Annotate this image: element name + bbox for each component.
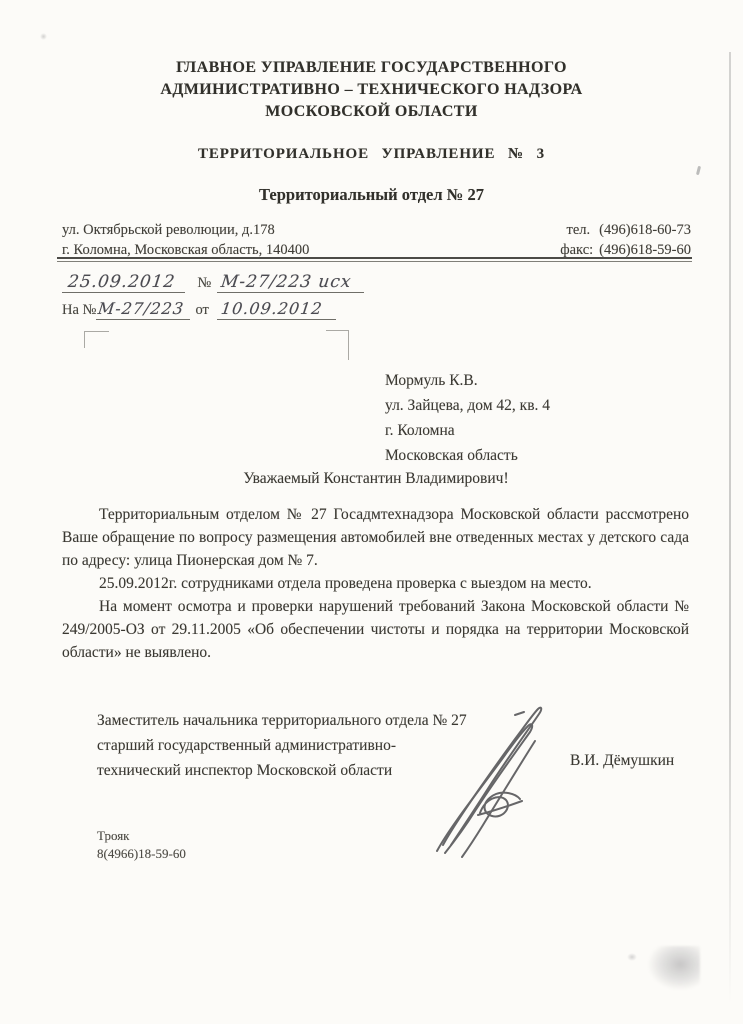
scan-speck-top-left bbox=[40, 33, 47, 40]
recipient-block: Мормуль К.В. ул. Зайцева, дом 42, кв. 4 … bbox=[385, 368, 550, 468]
outgoing-date-field: 25.09.2012 bbox=[62, 272, 185, 293]
recipient-name: Мормуль К.В. bbox=[385, 368, 550, 393]
letter-body: Территориальным отделом № 27 Госадмтехна… bbox=[62, 503, 689, 664]
sender-address-line1: ул. Октябрьской революции, д.178 bbox=[62, 221, 309, 241]
body-paragraph-2: 25.09.2012г. сотрудниками отдела проведе… bbox=[62, 572, 689, 595]
recipient-street: ул. Зайцева, дом 42, кв. 4 bbox=[385, 393, 550, 418]
signer-title-line1: Заместитель начальника территориального … bbox=[97, 708, 467, 733]
signer-title-line3: технический инспектор Московской области bbox=[97, 758, 467, 783]
org-name: ГЛАВНОЕ УПРАВЛЕНИЕ ГОСУДАРСТВЕННОГО АДМИ… bbox=[0, 57, 743, 123]
address-window-corner-right bbox=[326, 330, 349, 360]
scan-smudge bbox=[648, 946, 700, 990]
org-name-line1: ГЛАВНОЕ УПРАВЛЕНИЕ ГОСУДАРСТВЕННОГО bbox=[0, 57, 743, 79]
scan-smudge-dot bbox=[627, 953, 637, 961]
incoming-number-field: М-27/223 bbox=[96, 299, 190, 320]
number-sign-label: № bbox=[197, 275, 211, 292]
org-name-line2: АДМИНИСТРАТИВНО – ТЕХНИЧЕСКОГО НАДЗОРА bbox=[0, 79, 743, 101]
incoming-number-handwritten: М-27/223 bbox=[97, 299, 185, 318]
address-window-corner-left bbox=[84, 331, 109, 348]
handwritten-signature bbox=[423, 693, 573, 858]
scan-edge-line bbox=[729, 52, 731, 1004]
phone-number: (496)618-60-73 bbox=[599, 221, 691, 241]
signer-title-line2: старший государственный административно- bbox=[97, 733, 467, 758]
phone-line: тел.(496)618-60-73 bbox=[560, 221, 691, 241]
incoming-ref-line: На № М-27/223 от 10.09.2012 bbox=[62, 299, 364, 326]
outgoing-ref-line: 25.09.2012 № М-27/223 исх bbox=[62, 272, 364, 299]
outgoing-date-handwritten: 25.09.2012 bbox=[67, 272, 177, 292]
salutation: Уважаемый Константин Владимирович! bbox=[62, 470, 690, 488]
signer-title-block: Заместитель начальника территориального … bbox=[97, 708, 467, 783]
signer-name: В.И. Дёмушкин bbox=[570, 752, 674, 770]
reply-to-label: На № bbox=[62, 302, 96, 319]
outgoing-number-handwritten: М-27/223 исх bbox=[220, 272, 353, 292]
incoming-date-handwritten: 10.09.2012 bbox=[220, 299, 324, 318]
territorial-directorate-title: ТЕРРИТОРИАЛЬНОЕ УПРАВЛЕНИЕ № 3 bbox=[0, 146, 743, 163]
from-date-label: от bbox=[195, 302, 208, 319]
recipient-region: Московская область bbox=[385, 443, 550, 468]
body-paragraph-1: Территориальным отделом № 27 Госадмтехна… bbox=[62, 503, 689, 572]
incoming-date-field: 10.09.2012 bbox=[217, 299, 337, 320]
territorial-department-title: Территориальный отдел № 27 bbox=[0, 185, 743, 205]
reference-block: 25.09.2012 № М-27/223 исх На № М-27/223 … bbox=[62, 272, 364, 326]
executor-name: Трояк bbox=[97, 827, 186, 845]
fax-label: факс: bbox=[560, 242, 593, 258]
outgoing-number-field: М-27/223 исх bbox=[217, 272, 363, 293]
contacts-row: ул. Октябрьской революции, д.178 г. Коло… bbox=[62, 221, 691, 260]
scan-speck-right bbox=[696, 166, 701, 175]
header-divider-rule bbox=[57, 257, 692, 262]
executor-phone: 8(4966)18-59-60 bbox=[97, 845, 186, 863]
sender-address: ул. Октябрьской революции, д.178 г. Коло… bbox=[62, 221, 309, 260]
phone-label: тел. bbox=[567, 222, 591, 238]
executor-block: Трояк 8(4966)18-59-60 bbox=[97, 827, 186, 863]
sender-phones: тел.(496)618-60-73 факс:(496)618-59-60 bbox=[560, 221, 691, 260]
body-paragraph-3: На момент осмотра и проверки нарушений т… bbox=[62, 595, 689, 664]
recipient-city: г. Коломна bbox=[385, 418, 550, 443]
scanned-letter-page: ГЛАВНОЕ УПРАВЛЕНИЕ ГОСУДАРСТВЕННОГО АДМИ… bbox=[0, 0, 743, 1024]
org-name-line3: МОСКОВСКОЙ ОБЛАСТИ bbox=[0, 101, 743, 123]
